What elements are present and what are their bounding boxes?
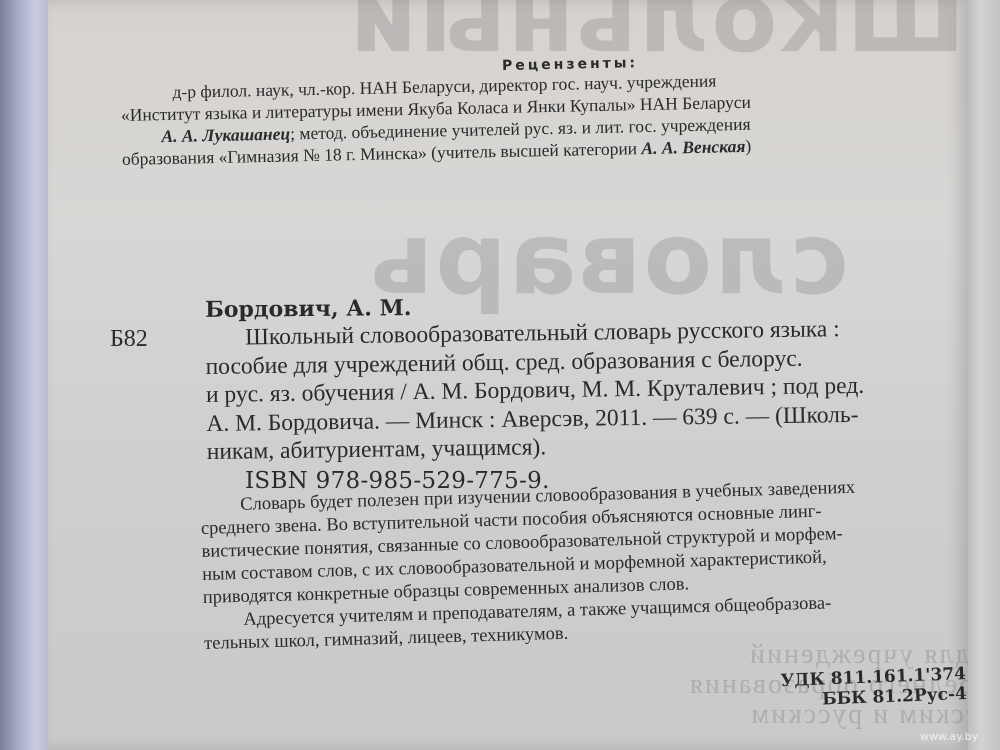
reviewers-block: Рецензенты: д-р филол. наук, чл.-кор. НА… (120, 48, 962, 170)
site-watermark: www.ay.by (920, 730, 978, 743)
annotation-block: Словарь будет полезен при изучении слово… (200, 473, 984, 656)
author-mark-code: Б82 (110, 326, 148, 353)
classification-codes: УДК 811.161.1'374 ББК 81.2Рус-4 (780, 664, 967, 711)
author-heading: Бордович, А. М. (205, 295, 412, 323)
reviewer-name: А. А. Лукашанец (161, 123, 290, 146)
page-stack-edge (968, 0, 1000, 750)
bibliographic-description: Школьный словообразовательный словарь ру… (205, 313, 967, 466)
book-binding-edge (0, 0, 50, 750)
reviewer-name: А. А. Венская (641, 136, 745, 158)
bleed-through-word: словарь (368, 200, 849, 317)
